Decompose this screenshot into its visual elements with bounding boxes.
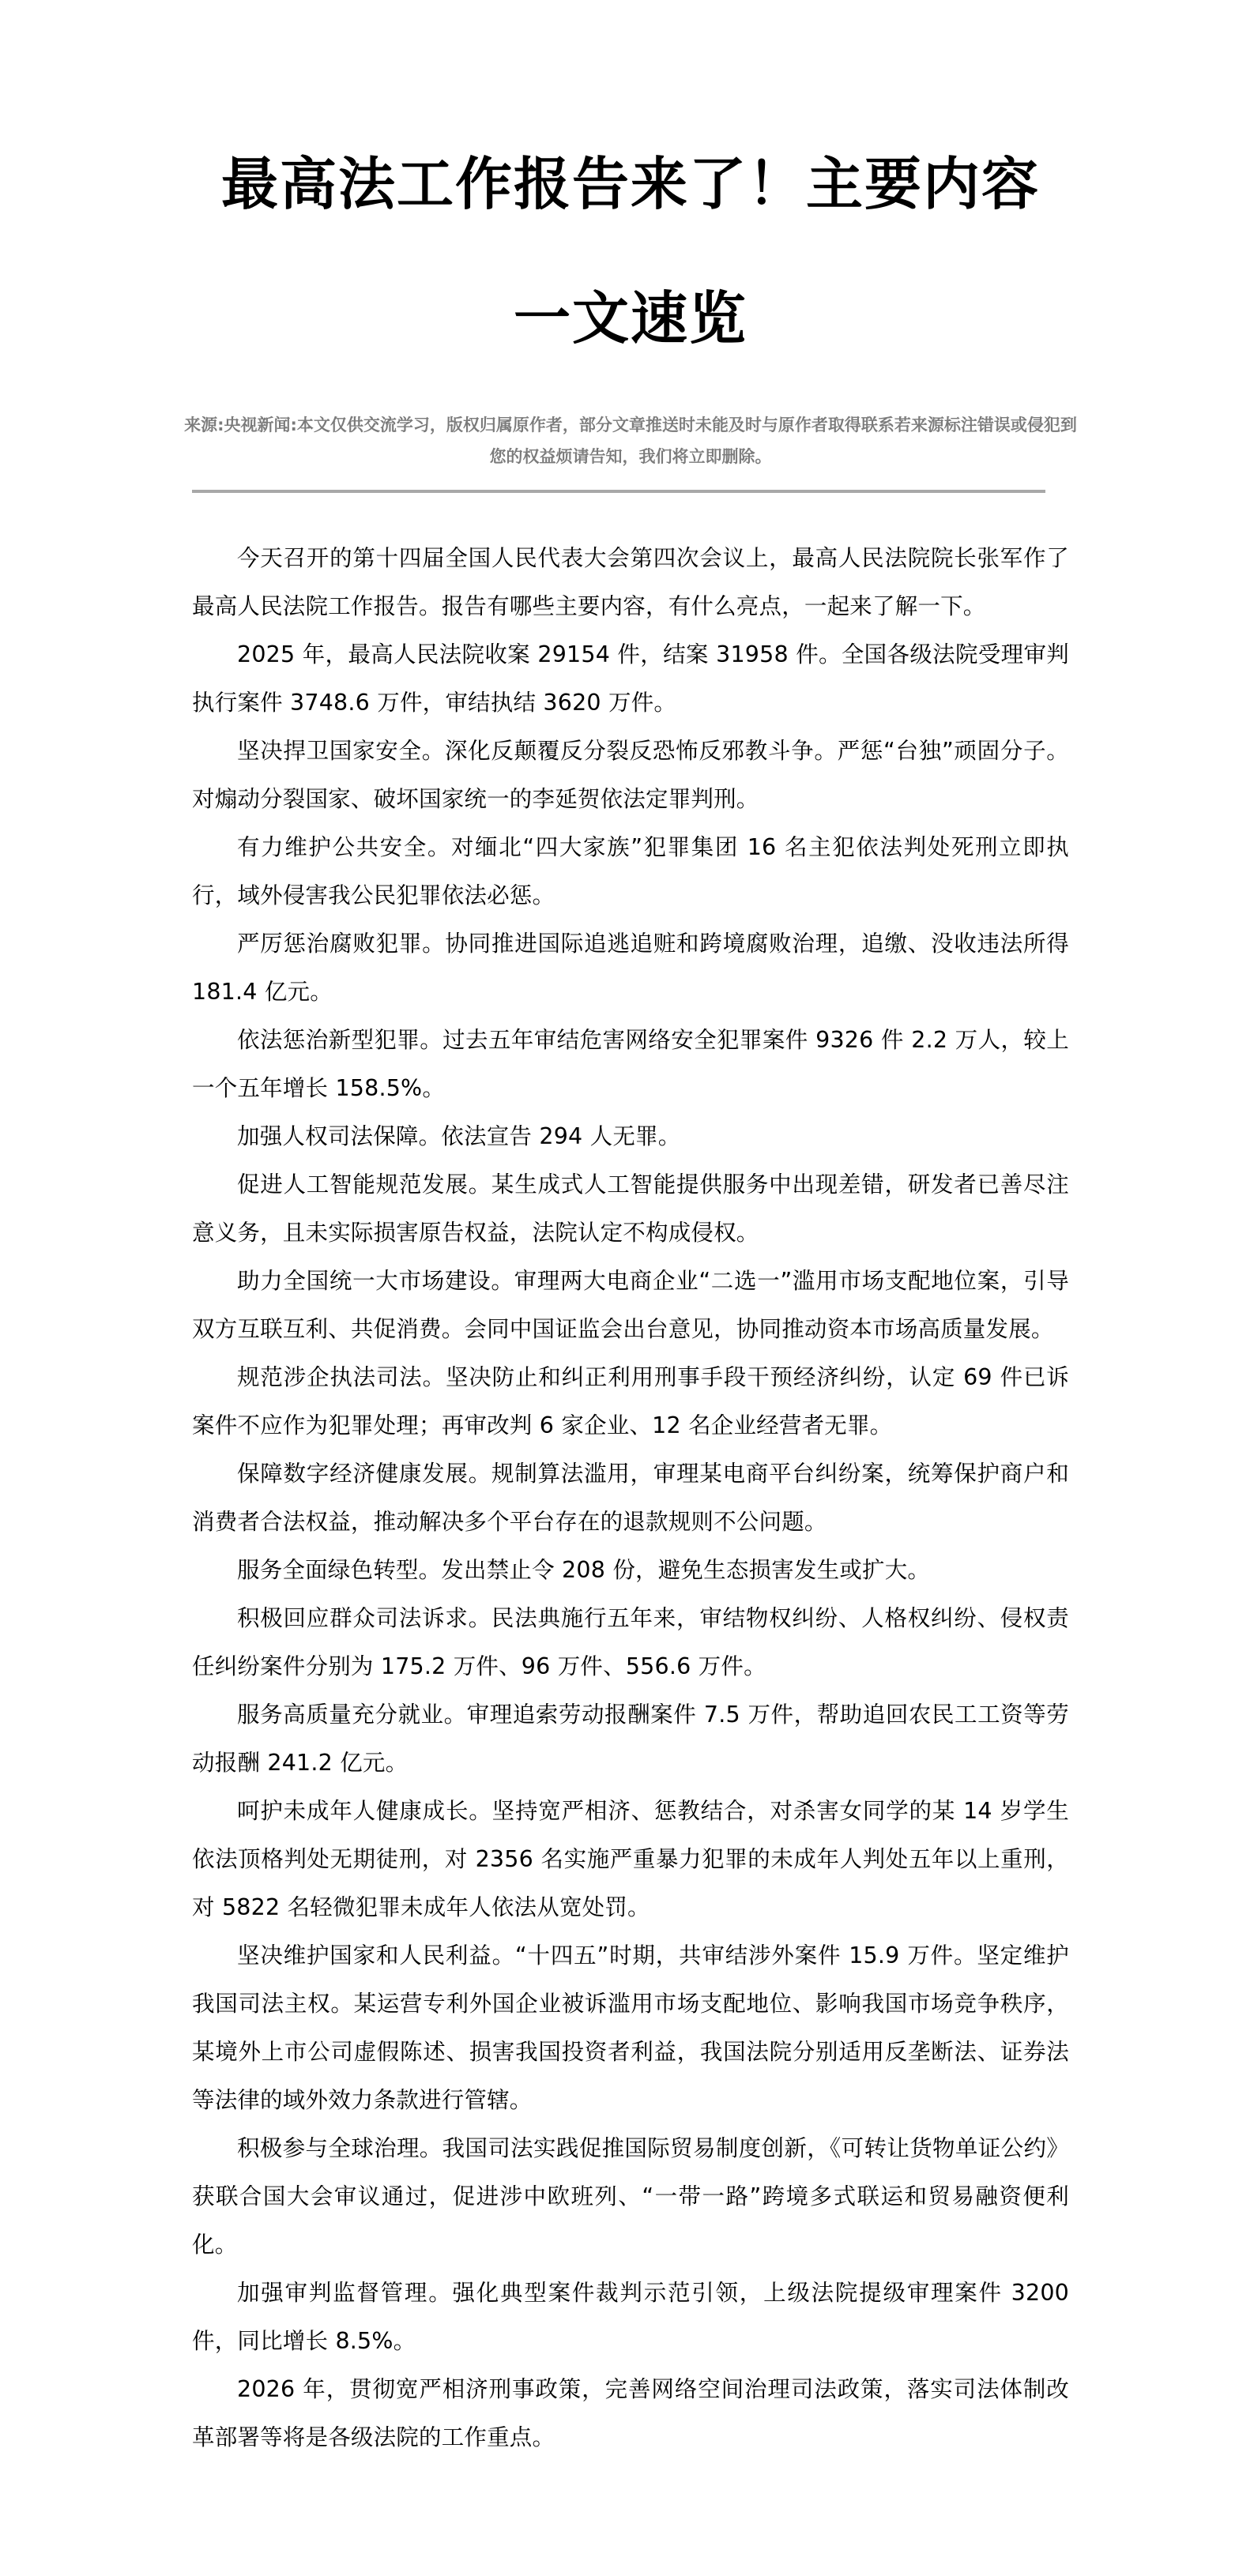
paragraph-national-interests: 坚决维护国家和人民利益。“十四五”时期，共审结涉外案件 15.9 万件。坚定维护… bbox=[192, 1931, 1069, 2124]
paragraph-new-crimes: 依法惩治新型犯罪。过去五年审结危害网络安全犯罪案件 9326 件 2.2 万人，… bbox=[192, 1016, 1069, 1112]
paragraph-intro: 今天召开的第十四届全国人民代表大会第四次会议上，最高人民法院院长张军作了最高人民… bbox=[192, 534, 1069, 630]
paragraph-case-statistics: 2025 年，最高人民法院收案 29154 件，结案 31958 件。全国各级法… bbox=[192, 630, 1069, 727]
paragraph-minors: 呵护未成年人健康成长。坚持宽严相济、惩教结合，对杀害女同学的某 14 岁学生依法… bbox=[192, 1787, 1069, 1931]
paragraph-2026-priorities: 2026 年，贯彻宽严相济刑事政策，完善网络空间治理司法政策，落实司法体制改革部… bbox=[192, 2365, 1069, 2461]
paragraph-public-security: 有力维护公共安全。对缅北“四大家族”犯罪集团 16 名主犯依法判处死刑立即执行，… bbox=[192, 823, 1069, 919]
paragraph-unified-market: 助力全国统一大市场建设。审理两大电商企业“二选一”滥用市场支配地位案，引导双方互… bbox=[192, 1257, 1069, 1353]
source-disclaimer: 来源:央视新闻:本文仅供交流学习，版权归属原作者，部分文章推送时未能及时与原作者… bbox=[176, 409, 1085, 472]
paragraph-green-transition: 服务全面绿色转型。发出禁止令 208 份，避免生态损害发生或扩大。 bbox=[192, 1546, 1069, 1594]
paragraph-ai-development: 促进人工智能规范发展。某生成式人工智能提供服务中出现差错，研发者已善尽注意义务，… bbox=[192, 1160, 1069, 1257]
paragraph-national-security: 坚决捍卫国家安全。深化反颠覆反分裂反恐怖反邪教斗争。严惩“台独”顽固分子。对煽动… bbox=[192, 727, 1069, 823]
paragraph-enterprise-justice: 规范涉企执法司法。坚决防止和纠正利用刑事手段干预经济纠纷，认定 69 件已诉案件… bbox=[192, 1353, 1069, 1450]
header-divider bbox=[192, 490, 1045, 493]
paragraph-civil-code: 积极回应群众司法诉求。民法典施行五年来，审结物权纠纷、人格权纠纷、侵权责任纠纷案… bbox=[192, 1594, 1069, 1690]
paragraph-human-rights: 加强人权司法保障。依法宣告 294 人无罪。 bbox=[192, 1112, 1069, 1160]
article: 最高法工作报告来了！主要内容 一文速览 来源:央视新闻:本文仅供交流学习，版权归… bbox=[192, 0, 1069, 2461]
article-title: 最高法工作报告来了！主要内容 一文速览 bbox=[192, 0, 1069, 385]
article-body: 今天召开的第十四届全国人民代表大会第四次会议上，最高人民法院院长张军作了最高人民… bbox=[192, 534, 1069, 2461]
article-title-line-2: 一文速览 bbox=[192, 251, 1069, 385]
paragraph-digital-economy: 保障数字经济健康发展。规制算法滥用，审理某电商平台纠纷案，统筹保护商户和消费者合… bbox=[192, 1450, 1069, 1546]
paragraph-trial-supervision: 加强审判监督管理。强化典型案件裁判示范引领，上级法院提级审理案件 3200 件，… bbox=[192, 2269, 1069, 2365]
paragraph-global-governance: 积极参与全球治理。我国司法实践促推国际贸易制度创新，《可转让货物单证公约》获联合… bbox=[192, 2124, 1069, 2269]
paragraph-anti-corruption: 严厉惩治腐败犯罪。协同推进国际追逃追赃和跨境腐败治理，追缴、没收违法所得 181… bbox=[192, 919, 1069, 1016]
paragraph-employment: 服务高质量充分就业。审理追索劳动报酬案件 7.5 万件，帮助追回农民工工资等劳动… bbox=[192, 1690, 1069, 1787]
article-title-line-1: 最高法工作报告来了！主要内容 bbox=[192, 117, 1069, 251]
